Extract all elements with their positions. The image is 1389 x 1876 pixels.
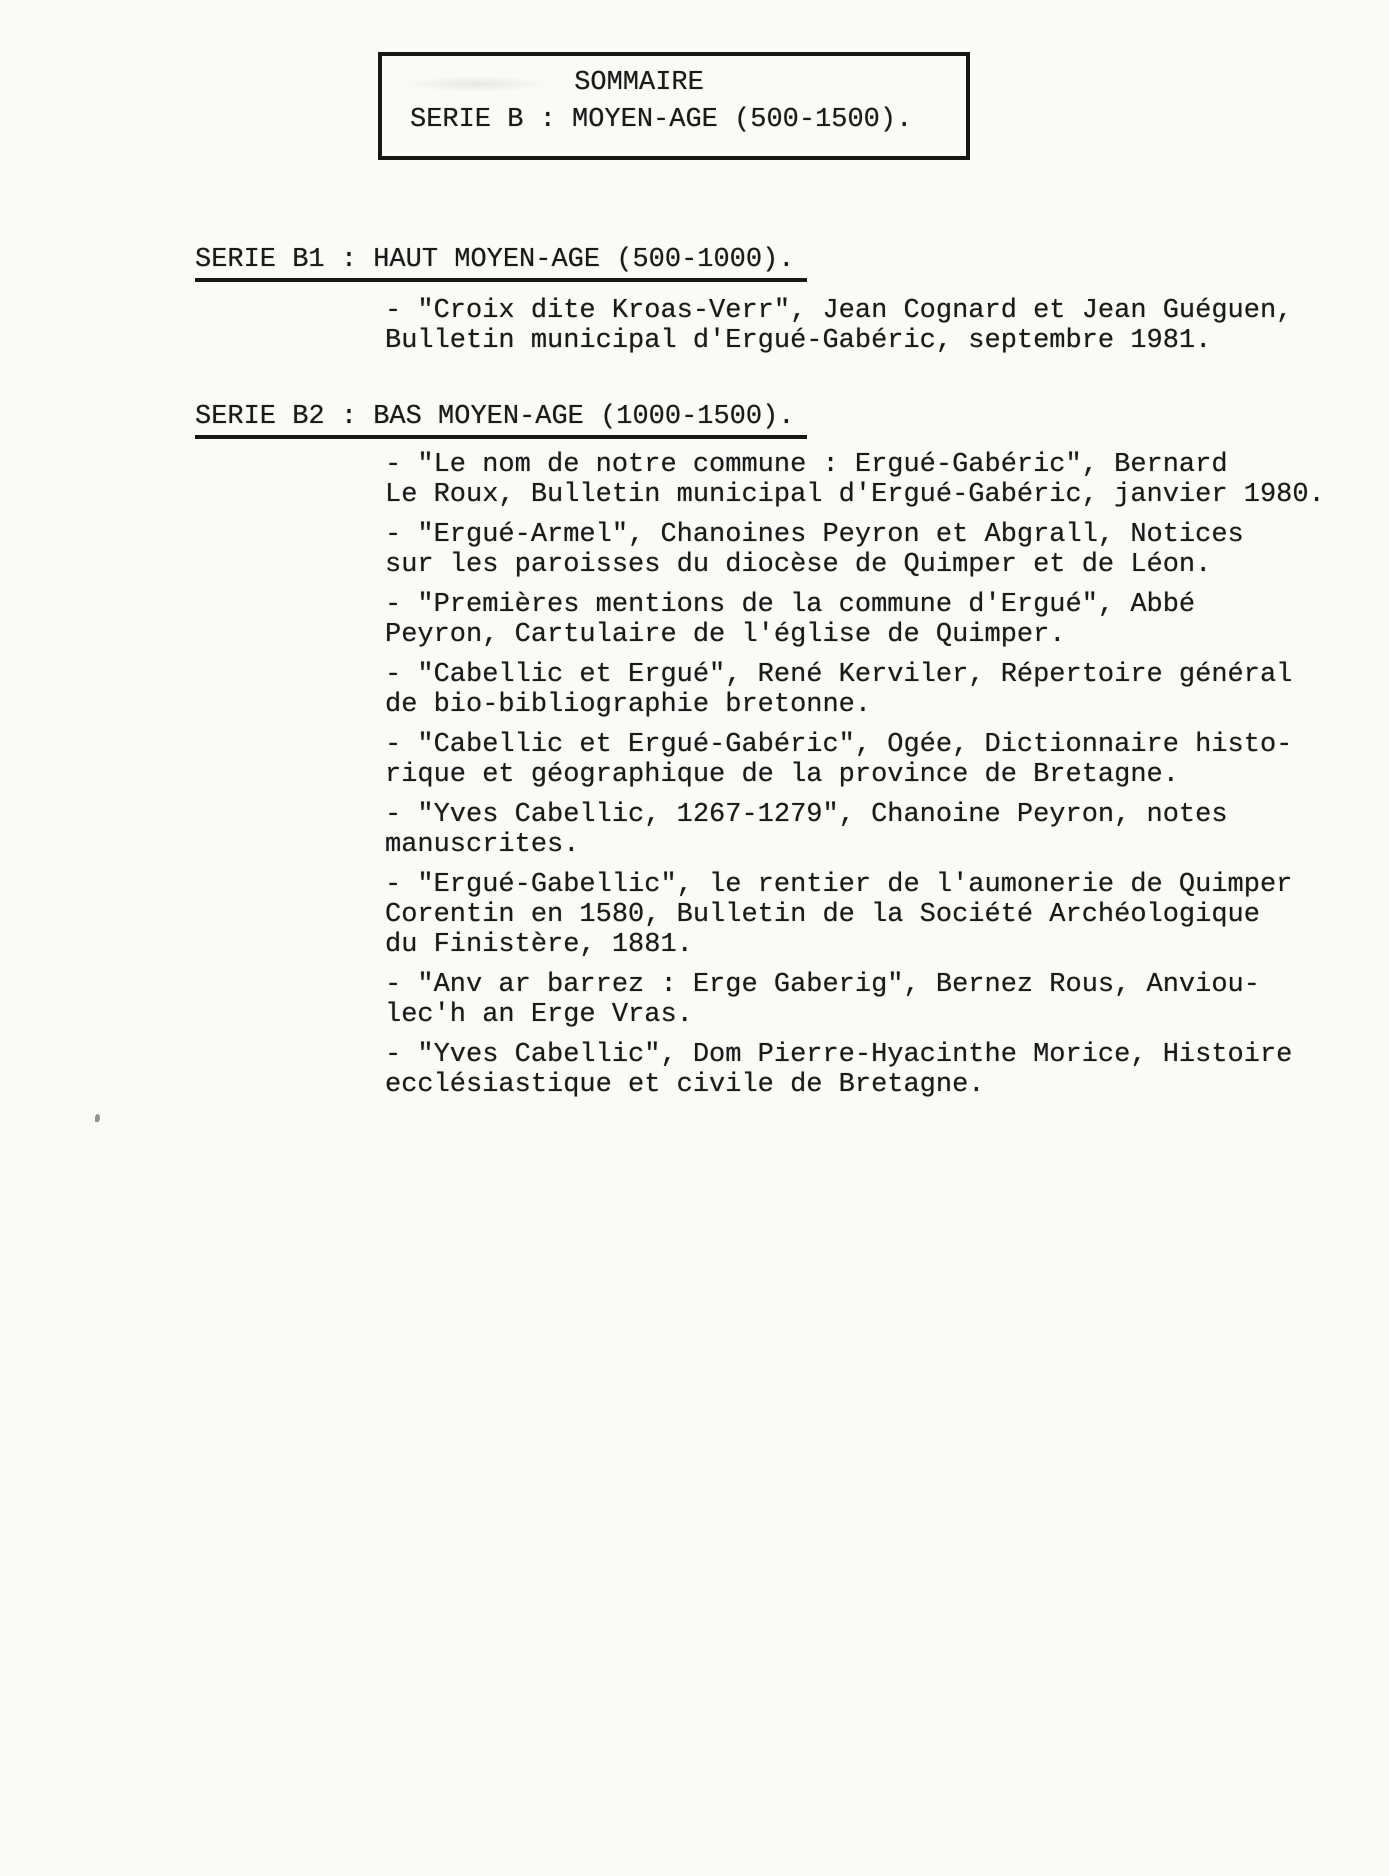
- bibliography-entry: - "Ergué-Gabellic", le rentier de l'aumo…: [385, 870, 1345, 960]
- sommaire-subtitle: SERIE B : MOYEN-AGE (500-1500).: [382, 100, 966, 140]
- bibliography-entry: - "Yves Cabellic", Dom Pierre-Hyacinthe …: [385, 1040, 1345, 1100]
- serie-b1-heading: SERIE B1 : HAUT MOYEN-AGE (500-1000).: [195, 245, 807, 282]
- serie-b2-heading: SERIE B2 : BAS MOYEN-AGE (1000-1500).: [195, 402, 807, 439]
- bibliography-entry: - "Premières mentions de la commune d'Er…: [385, 590, 1345, 650]
- bibliography-entry: - "Le nom de notre commune : Ergué-Gabér…: [385, 450, 1345, 510]
- scan-speck: [95, 1114, 100, 1122]
- bibliography-entry: - "Yves Cabellic, 1267-1279", Chanoine P…: [385, 800, 1345, 860]
- sommaire-header-box: SOMMAIRE SERIE B : MOYEN-AGE (500-1500).: [378, 52, 970, 160]
- serie-b1-entries: - "Croix dite Kroas-Verr", Jean Cognard …: [385, 296, 1345, 366]
- scanned-document-page: SOMMAIRE SERIE B : MOYEN-AGE (500-1500).…: [0, 0, 1389, 1876]
- bibliography-entry: - "Cabellic et Ergué-Gabéric", Ogée, Dic…: [385, 730, 1345, 790]
- bibliography-entry: - "Cabellic et Ergué", René Kerviler, Ré…: [385, 660, 1345, 720]
- section-serie-b2: SERIE B2 : BAS MOYEN-AGE (1000-1500).: [195, 402, 807, 439]
- section-serie-b1: SERIE B1 : HAUT MOYEN-AGE (500-1000).: [195, 245, 807, 282]
- serie-b2-entries: - "Le nom de notre commune : Ergué-Gabér…: [385, 450, 1345, 1110]
- bibliography-entry: - "Ergué-Armel", Chanoines Peyron et Abg…: [385, 520, 1345, 580]
- bibliography-entry: - "Anv ar barrez : Erge Gaberig", Bernez…: [385, 970, 1345, 1030]
- bibliography-entry: - "Croix dite Kroas-Verr", Jean Cognard …: [385, 296, 1345, 356]
- sommaire-title: SOMMAIRE: [382, 66, 966, 100]
